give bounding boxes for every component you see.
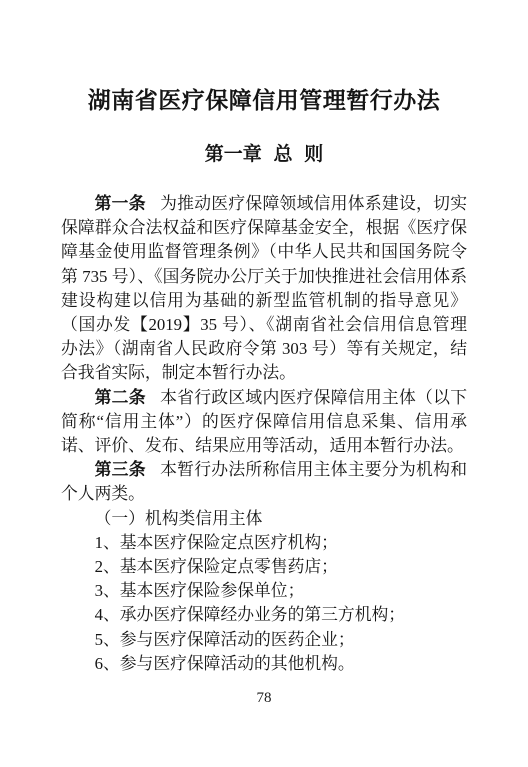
list-item-6-text: 6、参与医疗保障活动的其他机构。: [95, 654, 355, 673]
article-3: 第三条本暂行办法所称信用主体主要分为机构和个人两类。: [61, 458, 467, 506]
subsection-heading: （一）机构类信用主体: [61, 507, 467, 531]
article-3-number: 第三条: [95, 460, 146, 479]
list-item-2-text: 2、基本医疗保险定点零售药店；: [95, 557, 338, 576]
article-1-number: 第一条: [95, 194, 146, 213]
list-item-2: 2、基本医疗保险定点零售药店；: [61, 555, 467, 579]
list-item-4: 4、承办医疗保障经办业务的第三方机构；: [61, 603, 467, 627]
list-item-4-text: 4、承办医疗保障经办业务的第三方机构；: [95, 605, 405, 624]
article-1-text: 为推动医疗保障领域信用体系建设，切实保障群众合法权益和医疗保障基金安全，根据《医…: [61, 194, 467, 382]
list-item-5: 5、参与医疗保障活动的医药企业；: [61, 628, 467, 652]
document-page: 湖南省医疗保障信用管理暂行办法 第一章 总 则 第一条为推动医疗保障领域信用体系…: [0, 0, 528, 767]
article-2: 第二条本省行政区域内医疗保障信用主体（以下简称“信用主体”）的医疗保障信用信息采…: [61, 386, 467, 459]
document-body: 第一条为推动医疗保障领域信用体系建设，切实保障群众合法权益和医疗保障基金安全，根…: [61, 192, 467, 676]
list-item-1-text: 1、基本医疗保险定点医疗机构；: [95, 533, 338, 552]
list-item-3: 3、基本医疗保险参保单位；: [61, 579, 467, 603]
list-item-1: 1、基本医疗保险定点医疗机构；: [61, 531, 467, 555]
list-item-6: 6、参与医疗保障活动的其他机构。: [61, 652, 467, 676]
list-item-3-text: 3、基本医疗保险参保单位；: [95, 581, 305, 600]
page-number: 78: [0, 690, 528, 707]
subsection-heading-text: （一）机构类信用主体: [95, 509, 263, 528]
article-2-number: 第二条: [95, 388, 146, 407]
article-1: 第一条为推动医疗保障领域信用体系建设，切实保障群众合法权益和医疗保障基金安全，根…: [61, 192, 467, 386]
chapter-heading: 第一章 总 则: [61, 143, 467, 167]
document-title: 湖南省医疗保障信用管理暂行办法: [61, 86, 467, 116]
list-item-5-text: 5、参与医疗保障活动的医药企业；: [95, 630, 355, 649]
